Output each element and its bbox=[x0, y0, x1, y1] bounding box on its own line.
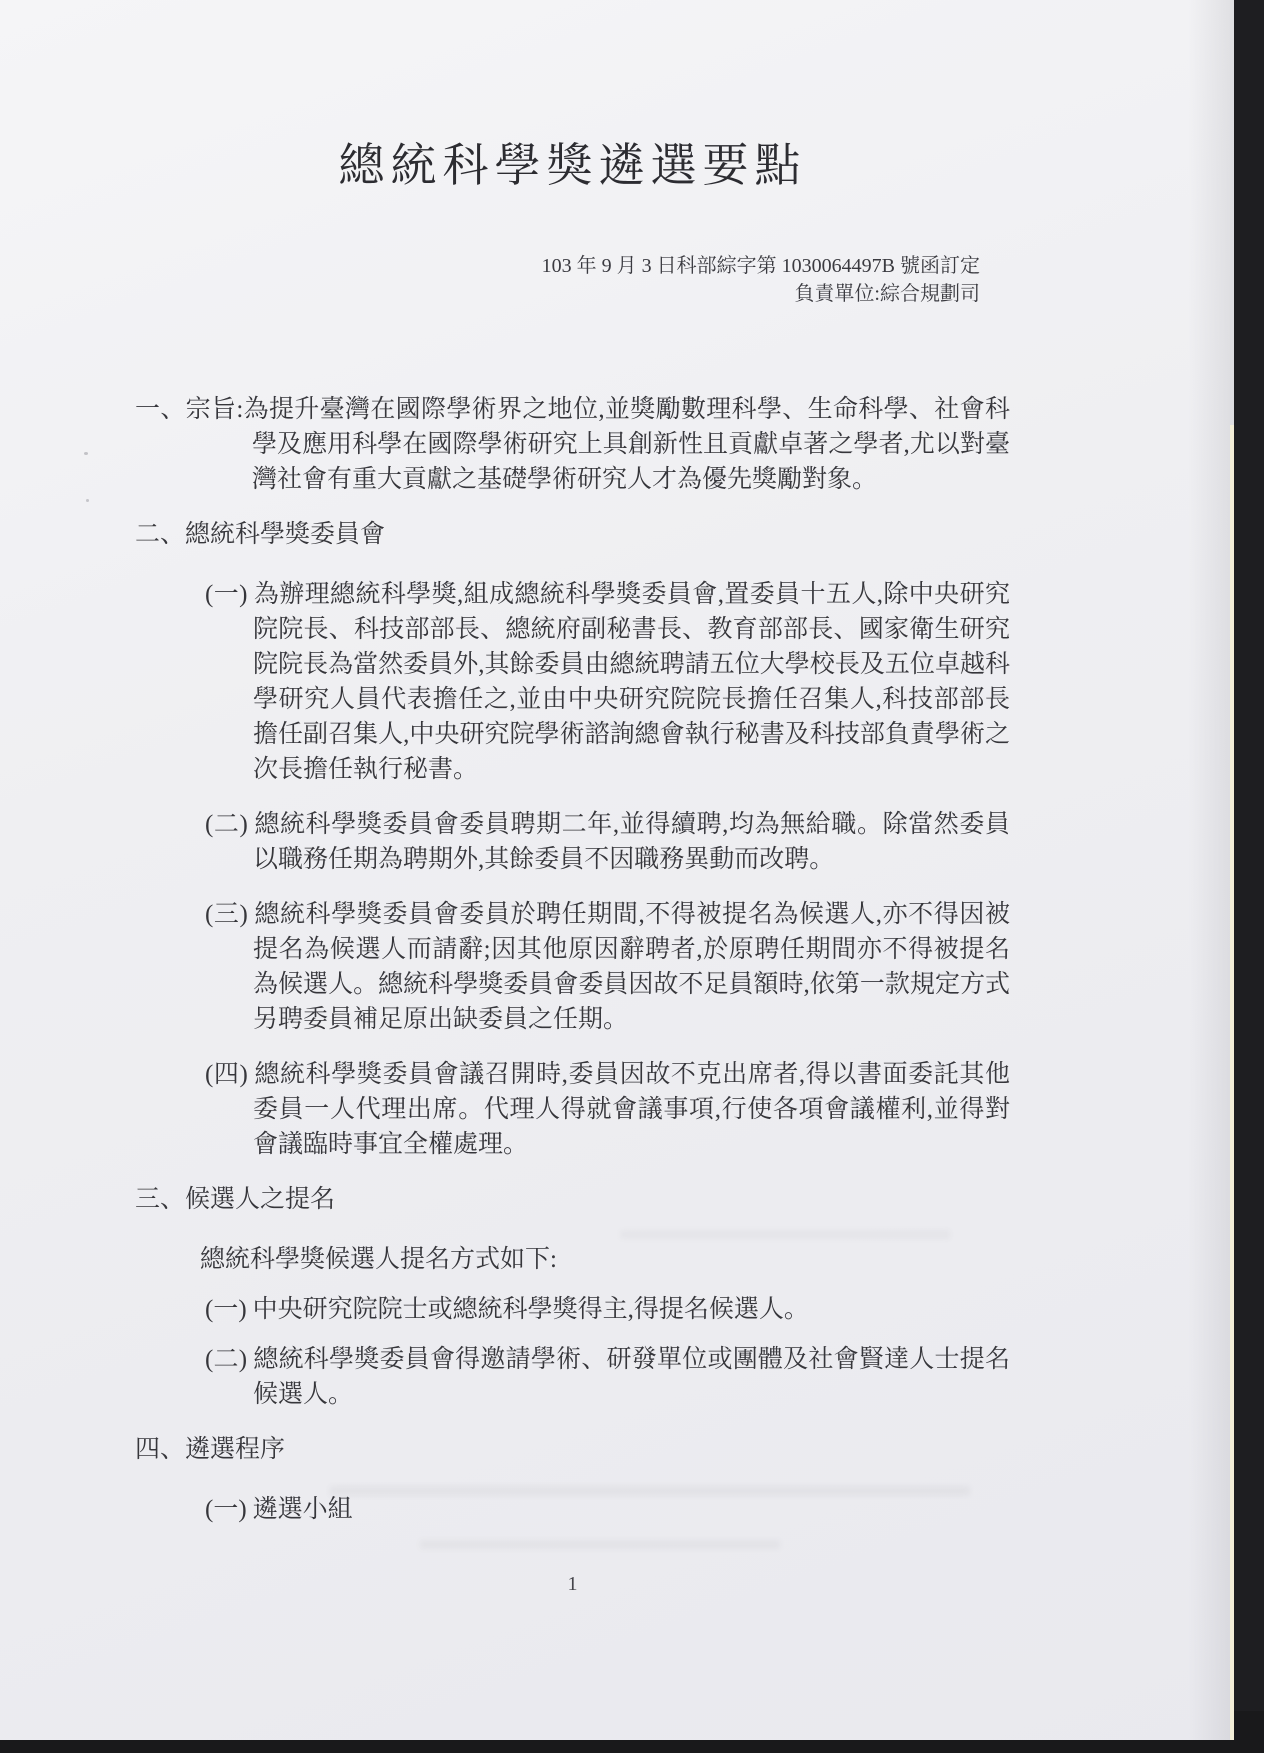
item-text: 總統科學獎委員會議召開時,委員因故不克出席者,得以書面委託其他委員一人代理出席。… bbox=[253, 1061, 1010, 1158]
section-heading-selection-procedure: 四、遴選程序 bbox=[135, 1432, 1010, 1467]
scan-speck bbox=[86, 499, 89, 502]
responsible-unit-line: 負責單位:綜合規劃司 bbox=[135, 280, 980, 308]
paragraph: 總統科學獎候選人提名方式如下: bbox=[200, 1242, 1010, 1277]
item-text: 中央研究院院士或總統科學獎得主,得提名候選人。 bbox=[253, 1296, 809, 1323]
scan-bottom-edge bbox=[0, 1740, 1264, 1753]
item-text: 總統科學獎委員會得邀請學術、研發單位或團體及社會賢達人士提名候選人。 bbox=[253, 1346, 1010, 1408]
item-text: 總統科學獎委員會委員於聘任期間,不得被提名為候選人,亦不得因被提名為候選人而請辭… bbox=[253, 901, 1010, 1033]
section-item-purpose: 一、宗旨:為提升臺灣在國際學術界之地位,並獎勵數理科學、生命科學、社會科學及應用… bbox=[135, 392, 1010, 497]
item-label: (二) bbox=[205, 811, 248, 838]
item-label: (一) bbox=[205, 581, 247, 608]
item-label: 二、 bbox=[135, 521, 185, 548]
list-item: (一)為辦理總統科學獎,組成總統科學獎委員會,置委員十五人,除中央研究院院長、科… bbox=[205, 577, 1010, 787]
scan-right-edge bbox=[1234, 0, 1264, 1753]
item-text: 為提升臺灣在國際學術界之地位,並獎勵數理科學、生命科學、社會科學及應用科學在國際… bbox=[243, 396, 1010, 493]
list-item: (一)遴選小組 bbox=[205, 1492, 1010, 1527]
section-heading-nomination: 三、候選人之提名 bbox=[135, 1182, 1010, 1217]
item-label: (一) bbox=[205, 1496, 247, 1523]
item-label: (三) bbox=[205, 901, 248, 928]
list-item: (二)總統科學獎委員會委員聘期二年,並得續聘,均為無給職。除當然委員以職務任期為… bbox=[205, 807, 1010, 877]
list-item: (一)中央研究院院士或總統科學獎得主,得提名候選人。 bbox=[205, 1292, 1010, 1327]
item-text: 候選人之提名 bbox=[185, 1186, 335, 1213]
item-text: 總統科學獎委員會委員聘期二年,並得續聘,均為無給職。除當然委員以職務任期為聘期外… bbox=[253, 811, 1010, 873]
scanned-document-page: 總統科學獎遴選要點 103 年 9 月 3 日科部綜字第 1030064497B… bbox=[0, 0, 1264, 1753]
list-item: (三)總統科學獎委員會委員於聘任期間,不得被提名為候選人,亦不得因被提名為候選人… bbox=[205, 897, 1010, 1037]
issuance-date-line: 103 年 9 月 3 日科部綜字第 1030064497B 號函訂定 bbox=[135, 252, 980, 280]
item-text: 總統科學獎候選人提名方式如下: bbox=[200, 1246, 557, 1273]
item-label: 四、 bbox=[135, 1436, 185, 1463]
scan-speck bbox=[84, 452, 88, 455]
item-text: 遴選小組 bbox=[253, 1496, 353, 1523]
item-text: 總統科學獎委員會 bbox=[185, 521, 385, 548]
document-content: 總統科學獎遴選要點 103 年 9 月 3 日科部綜字第 1030064497B… bbox=[135, 0, 1010, 1602]
item-text: 為辦理總統科學獎,組成總統科學獎委員會,置委員十五人,除中央研究院院長、科技部部… bbox=[253, 581, 1010, 783]
item-label: (一) bbox=[205, 1296, 247, 1323]
item-text: 遴選程序 bbox=[185, 1436, 285, 1463]
scan-edge-shadow bbox=[1188, 0, 1234, 1753]
section-heading-committee: 二、總統科學獎委員會 bbox=[135, 517, 1010, 552]
document-body: 一、宗旨:為提升臺灣在國際學術界之地位,並獎勵數理科學、生命科學、社會科學及應用… bbox=[135, 392, 1010, 1602]
list-item: (四)總統科學獎委員會議召開時,委員因故不克出席者,得以書面委託其他委員一人代理… bbox=[205, 1057, 1010, 1162]
page-number: 1 bbox=[135, 1567, 1010, 1602]
item-label: 三、 bbox=[135, 1186, 185, 1213]
item-label: 一、宗旨: bbox=[135, 396, 243, 423]
list-item: (二)總統科學獎委員會得邀請學術、研發單位或團體及社會賢達人士提名候選人。 bbox=[205, 1342, 1010, 1412]
document-title: 總統科學獎遴選要點 bbox=[135, 136, 1010, 196]
item-label: (二) bbox=[205, 1346, 247, 1373]
issuance-info: 103 年 9 月 3 日科部綜字第 1030064497B 號函訂定 負責單位… bbox=[135, 252, 1010, 308]
scan-corner-block bbox=[1234, 1711, 1264, 1753]
item-label: (四) bbox=[205, 1061, 248, 1088]
